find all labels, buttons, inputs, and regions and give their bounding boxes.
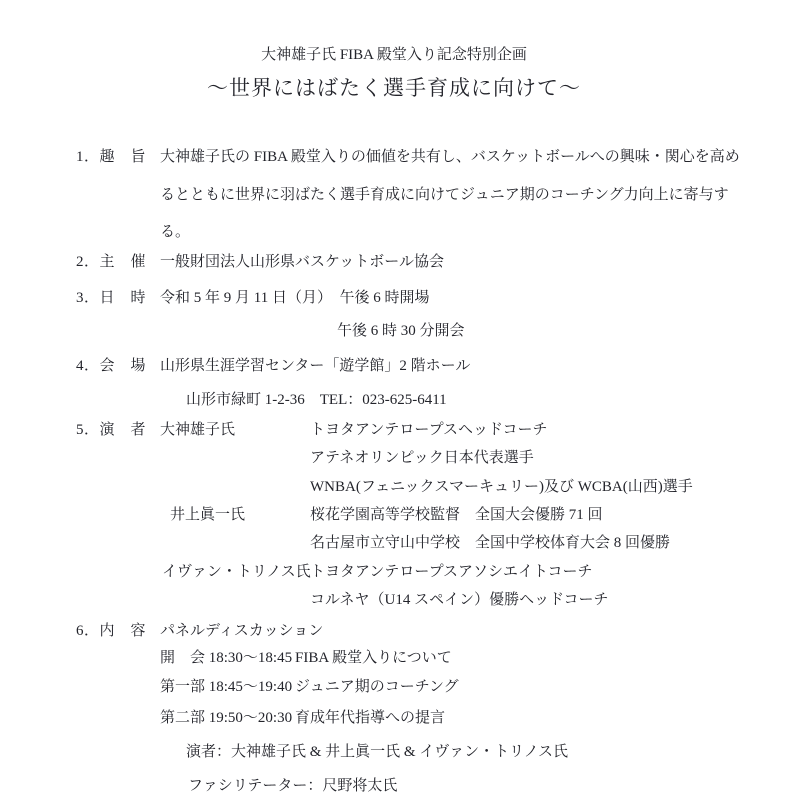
item1-purpose-line3: る。: [160, 222, 190, 242]
item3-label: 3．日 時: [76, 288, 146, 308]
item1-label: 1．趣 旨: [76, 147, 146, 167]
speaker-name: イヴァン・トリノス氏: [162, 562, 311, 582]
panel-facilitator: ファシリテーター：尺野将太氏: [188, 776, 397, 796]
speaker-credential: WNBA(フェニックスマーキュリー)及び WCBA(山西)選手: [310, 477, 693, 497]
schedule-slot: 第二部 19:50～20:30: [160, 708, 292, 728]
speaker-credential: トヨタアンテロープスアソシエイトコーチ: [310, 562, 592, 582]
speaker-credential: 桜花学園高等学校監督 全国大会優勝 71 回: [310, 505, 603, 525]
schedule-topic: 育成年代指導への提言: [295, 708, 445, 728]
item2-label: 2．主 催: [76, 252, 146, 272]
speaker-credential: コルネヤ（U14 スペイン）優勝ヘッドコーチ: [310, 590, 609, 610]
item6-label: 6．内 容: [76, 621, 146, 641]
item2-organizer: 一般財団法人山形県バスケットボール協会: [160, 252, 444, 272]
item4-label: 4．会 場: [76, 356, 146, 376]
schedule-slot: 開 会 18:30～18:45: [160, 648, 292, 668]
speaker-credential: 名古屋市立守山中学校 全国中学校体育大会 8 回優勝: [310, 533, 670, 553]
item6-format: パネルディスカッション: [160, 621, 323, 641]
speaker-name: 大神雄子氏: [160, 420, 235, 440]
speaker-credential: アテネオリンピック日本代表選手: [310, 448, 534, 468]
schedule-slot: 第一部 18:45～19:40: [160, 677, 292, 697]
speaker-credential: トヨタアンテロープスヘッドコーチ: [310, 420, 547, 440]
document-page: 大神雄子氏 FIBA 殿堂入り記念特別企画 ～世界にはばたく選手育成に向けて～ …: [0, 0, 788, 808]
item5-label: 5．演 者: [76, 420, 146, 440]
panel-performers: 演者：大神雄子氏 & 井上眞一氏 & イヴァン・トリノス氏: [186, 742, 568, 762]
item4-venue-address: 山形市緑町 1-2-36 TEL：023-625-6411: [186, 390, 447, 410]
schedule-topic: ジュニア期のコーチング: [295, 677, 459, 697]
item1-purpose-line2: るとともに世界に羽ばたく選手育成に向けてジュニア期のコーチング力向上に寄与す: [160, 185, 729, 205]
document-title: 大神雄子氏 FIBA 殿堂入り記念特別企画: [0, 45, 788, 65]
item3-datetime-line2: 午後 6 時 30 分開会: [337, 321, 465, 341]
item1-purpose-line1: 大神雄子氏の FIBA 殿堂入りの価値を共有し、バスケットボールへの興味・関心を…: [160, 147, 740, 167]
schedule-topic: FIBA 殿堂入りについて: [295, 648, 452, 668]
item4-venue: 山形県生涯学習センター「遊学館」2 階ホール: [160, 356, 470, 376]
document-subtitle: ～世界にはばたく選手育成に向けて～: [0, 75, 788, 101]
item3-datetime: 令和 5 年 9 月 11 日（月） 午後 6 時開場: [160, 288, 429, 308]
speaker-name: 井上眞一氏: [170, 505, 245, 525]
